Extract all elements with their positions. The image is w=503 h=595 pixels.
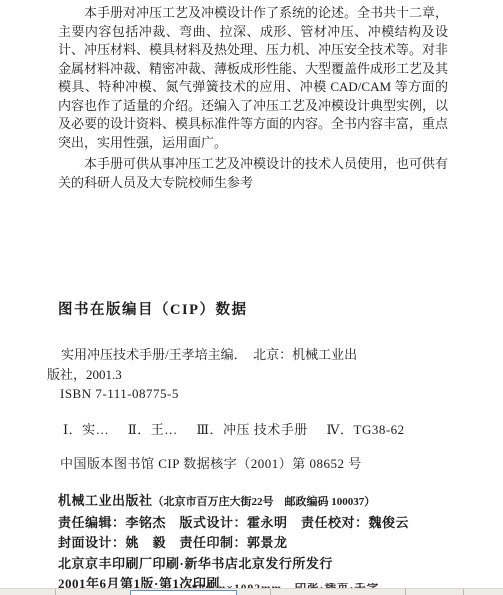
statusbar-divider bbox=[55, 589, 56, 595]
viewer-statusbar-sliver bbox=[0, 588, 503, 595]
statusbar-divider bbox=[405, 589, 406, 595]
isbn-number: ISBN 7-111-08775-5 bbox=[47, 384, 457, 404]
classification-item-4: Ⅳ．TG38-62 bbox=[327, 422, 405, 437]
classification-item-3: Ⅲ．冲压 技术手册 bbox=[196, 422, 307, 437]
cip-title-line: 实用冲压技术手册/王孝培主编． 北京：机械工业出 bbox=[47, 345, 457, 365]
statusbar-divider bbox=[270, 589, 271, 595]
book-copyright-page: 本手册对冲压工艺及冲模设计作了系统的论述。全书共十二章，主要内容包括冲裁、弯曲、… bbox=[0, 0, 503, 595]
book-summary: 本手册对冲压工艺及冲模设计作了系统的论述。全书共十二章，主要内容包括冲裁、弯曲、… bbox=[58, 4, 448, 192]
cip-heading: 图书在版编目（CIP）数据 bbox=[58, 298, 247, 319]
classification-item-2: Ⅱ．王… bbox=[128, 422, 178, 437]
summary-paragraph-2: 本手册可供从事冲压工艺及冲模设计的技术人员使用，也可供有关的科研人员及大专院校师… bbox=[58, 155, 448, 192]
cip-publisher-line: 版社，2001.3 bbox=[47, 365, 457, 385]
statusbar-page-input[interactable] bbox=[130, 590, 237, 595]
publisher-address: （北京市百万庄大街22号 邮政编码 100037） bbox=[153, 496, 376, 508]
design-line: 封面设计：姚 毅 责任印制：郭景龙 bbox=[58, 533, 468, 554]
printer-line: 北京京丰印刷厂印刷·新华书店北京发行所发行 bbox=[58, 554, 468, 575]
classification-item-1: Ⅰ．实… bbox=[63, 422, 109, 437]
cip-record-number: 中国版本图书馆 CIP 数据核字（2001）第 08652 号 bbox=[60, 453, 362, 472]
cip-record-block: 实用冲压技术手册/王孝培主编． 北京：机械工业出 版社，2001.3 ISBN … bbox=[47, 345, 457, 404]
colophon-block: 机械工业出版社（北京市百万庄大街22号 邮政编码 100037） 责任编辑：李铭… bbox=[58, 491, 468, 595]
editors-line: 责任编辑：李铭杰 版式设计：霍永明 责任校对：魏俊云 bbox=[58, 513, 468, 534]
cip-classification-line: Ⅰ．实… Ⅱ．王… Ⅲ．冲压 技术手册 Ⅳ．TG38-62 bbox=[63, 419, 463, 438]
publisher-name: 机械工业出版社 bbox=[58, 493, 153, 508]
summary-paragraph-1: 本手册对冲压工艺及冲模设计作了系统的论述。全书共十二章，主要内容包括冲裁、弯曲、… bbox=[58, 4, 448, 152]
publisher-line: 机械工业出版社（北京市百万庄大街22号 邮政编码 100037） bbox=[58, 491, 468, 513]
statusbar-divider bbox=[463, 589, 464, 595]
